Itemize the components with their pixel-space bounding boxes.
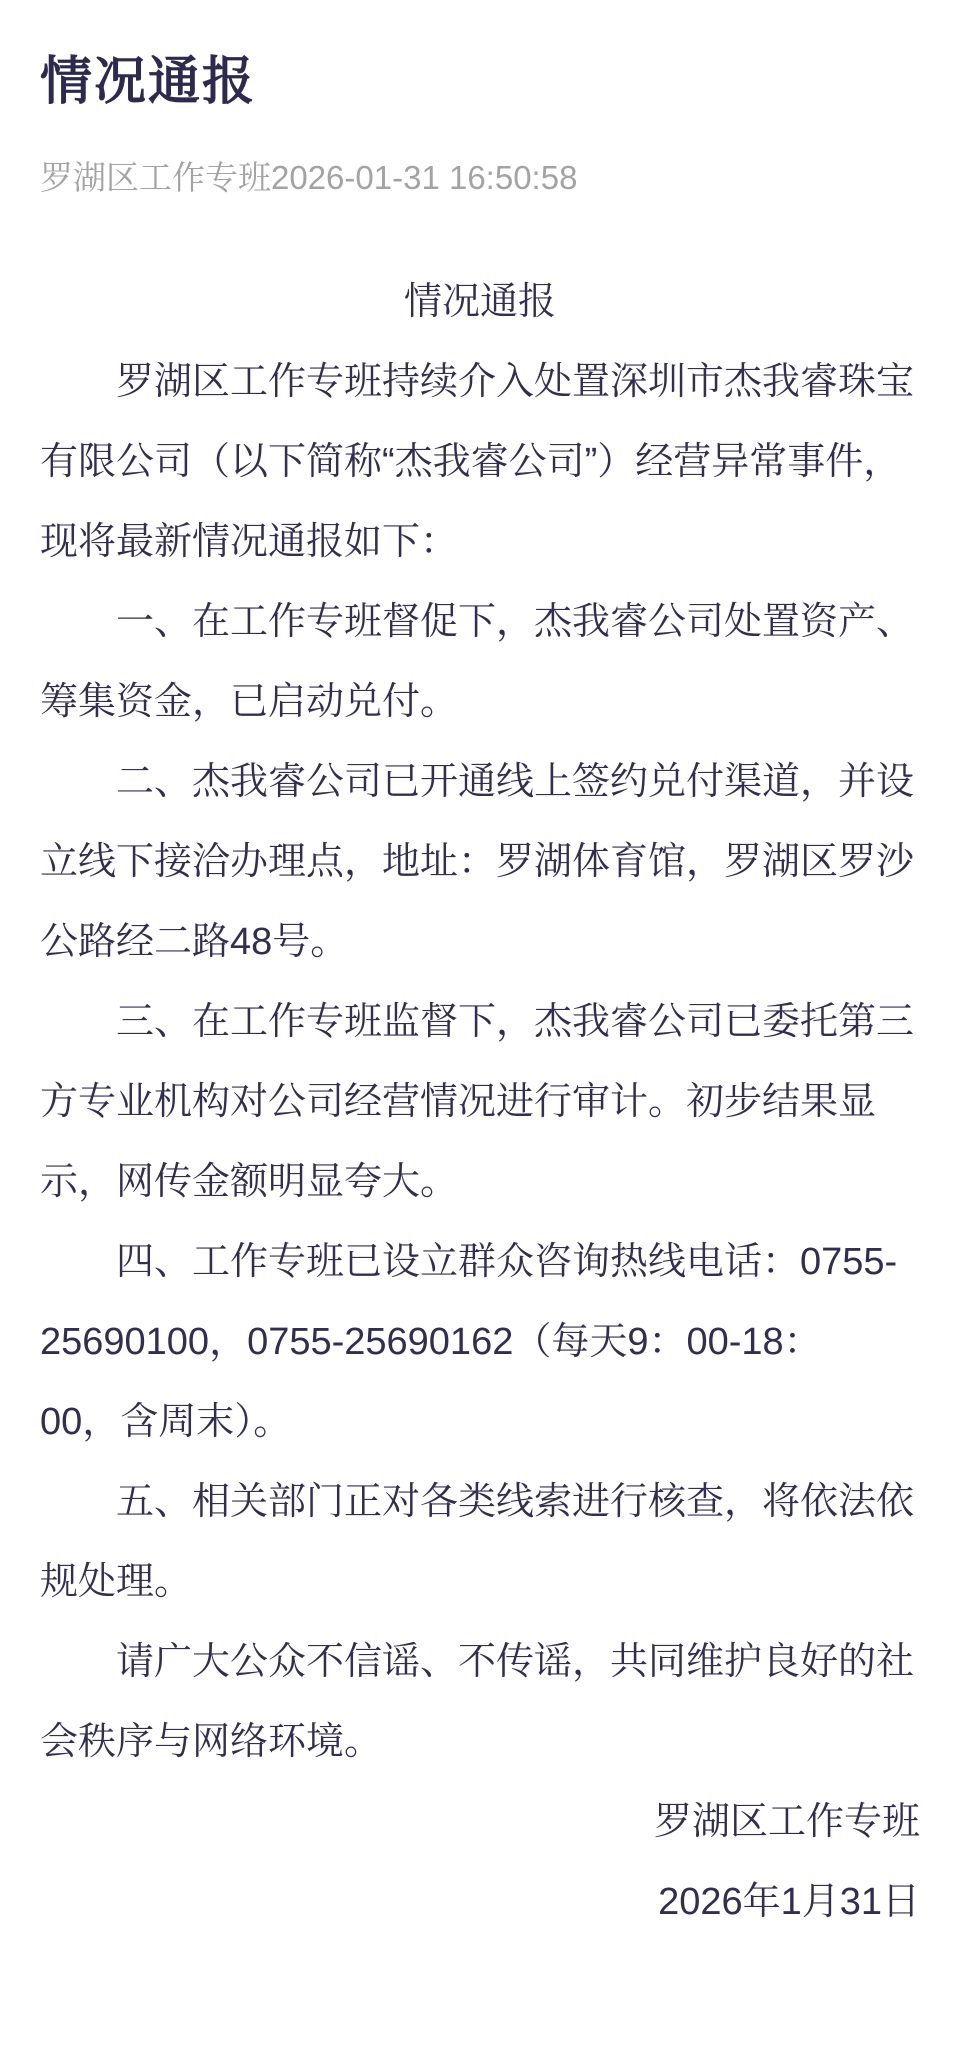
paragraph-line: 公路经二路48号。 bbox=[40, 902, 920, 982]
document-title: 情况通报 bbox=[40, 262, 920, 342]
paragraph-line: 有限公司（以下简称“杰我睿公司”）经营异常事件， bbox=[40, 422, 920, 502]
byline-timestamp: 罗湖区工作专班2026-01-31 16:50:58 bbox=[40, 158, 920, 198]
signature: 罗湖区工作专班 bbox=[40, 1782, 920, 1862]
paragraph-line: 四、工作专班已设立群众咨询热线电话：0755- bbox=[40, 1222, 920, 1302]
paragraph-line: 二、杰我睿公司已开通线上签约兑付渠道，并设 bbox=[40, 742, 920, 822]
paragraph-line: 规处理。 bbox=[40, 1542, 920, 1622]
paragraph-line: 现将最新情况通报如下： bbox=[40, 502, 920, 582]
paragraph-line: 请广大公众不信谣、不传谣，共同维护良好的社 bbox=[40, 1622, 920, 1702]
notice-page: 情况通报 罗湖区工作专班2026-01-31 16:50:58 情况通报 罗湖区… bbox=[0, 0, 960, 2068]
paragraph-line: 示，网传金额明显夸大。 bbox=[40, 1142, 920, 1222]
paragraph-line: 25690100，0755-25690162（每天9：00-18： bbox=[40, 1302, 920, 1382]
content-column: 情况通报 罗湖区工作专班2026-01-31 16:50:58 情况通报 罗湖区… bbox=[0, 52, 960, 1942]
paragraph-line: 五、相关部门正对各类线索进行核查，将依法依 bbox=[40, 1462, 920, 1542]
signature-date: 2026年1月31日 bbox=[40, 1862, 920, 1942]
paragraph-line: 立线下接洽办理点，地址：罗湖体育馆，罗湖区罗沙 bbox=[40, 822, 920, 902]
paragraph-line: 三、在工作专班监督下，杰我睿公司已委托第三 bbox=[40, 982, 920, 1062]
article-body: 情况通报 罗湖区工作专班持续介入处置深圳市杰我睿珠宝 有限公司（以下简称“杰我睿… bbox=[40, 262, 920, 1942]
paragraph-line: 会秩序与网络环境。 bbox=[40, 1702, 920, 1782]
paragraph-line: 一、在工作专班督促下，杰我睿公司处置资产、 bbox=[40, 582, 920, 662]
paragraph-line: 00，含周末）。 bbox=[40, 1382, 920, 1462]
paragraph-line: 筹集资金，已启动兑付。 bbox=[40, 662, 920, 742]
page-title: 情况通报 bbox=[40, 52, 920, 112]
paragraph-line: 罗湖区工作专班持续介入处置深圳市杰我睿珠宝 bbox=[40, 342, 920, 422]
paragraph-line: 方专业机构对公司经营情况进行审计。初步结果显 bbox=[40, 1062, 920, 1142]
